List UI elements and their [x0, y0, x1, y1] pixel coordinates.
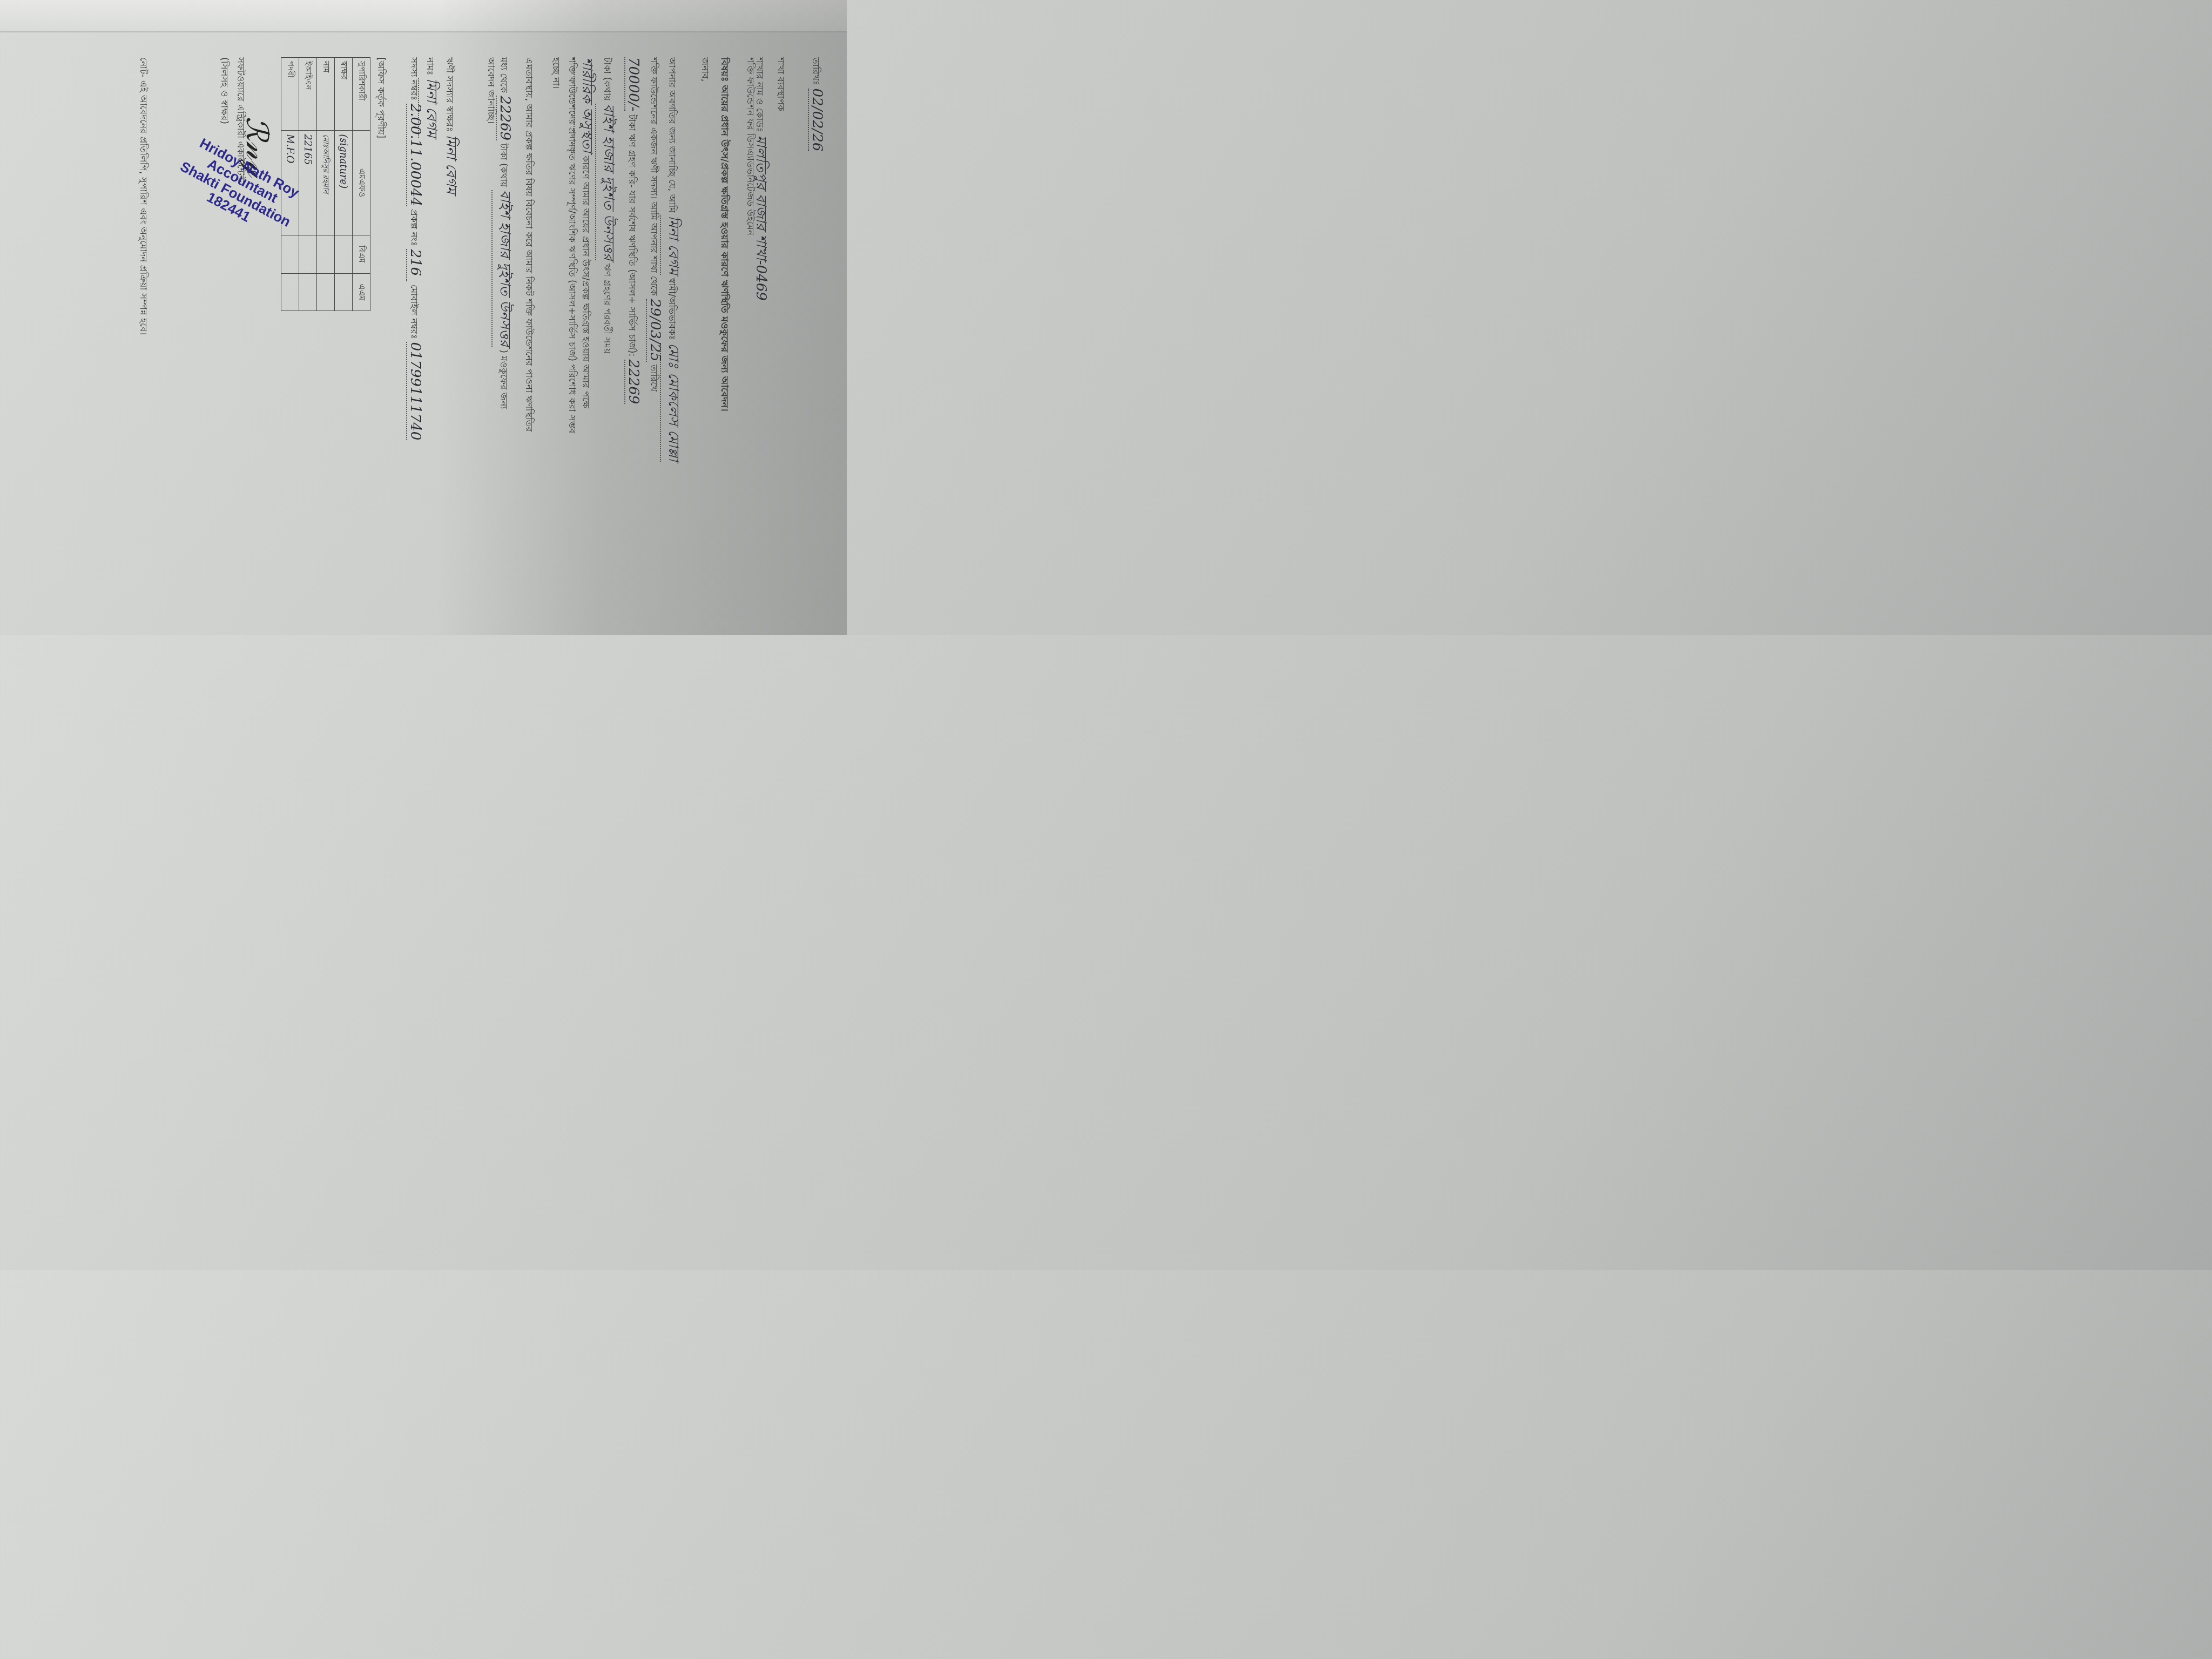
text: তারিখে — [648, 365, 659, 392]
col-header: সুপারিশকারী — [353, 58, 370, 131]
table-row: ইআইএন 22165 — [299, 58, 317, 311]
text: শক্তি ফাউন্ডেশনের একজন ঋণী সদস্য। আমি আপ… — [648, 57, 659, 295]
date-value: 02/02/26 — [808, 89, 825, 152]
text: মধ্য থেকে — [498, 57, 509, 93]
accountant-sublabel: (সিলসহ ও স্বাক্ষর) — [216, 57, 231, 124]
table-row: নাম মোঃআনিসুর রহমান — [317, 58, 335, 311]
text: টাকা (কথায় — [602, 57, 612, 101]
text: ) মওকুফের জন্য — [498, 349, 509, 409]
col-header: বিএম — [353, 235, 370, 273]
row-label: নাম — [317, 58, 335, 131]
para1-line6: শক্তি ফাউন্ডেশনের প্রদানকৃত ঋণের সম্পূর্… — [564, 57, 579, 434]
date-label: তারিখঃ — [810, 57, 821, 85]
date-line: তারিখঃ 02/02/26 — [807, 57, 825, 151]
loan-date: 29/03/25 — [646, 299, 663, 362]
para1-line3: 70000/- টাকা ঋণ গ্রহণ করি- যার সর্বশেষ ঋ… — [624, 57, 642, 404]
cell — [317, 235, 335, 273]
signature-cell: (signature) — [335, 131, 353, 235]
text: ঋণ গ্রহণের পরবর্তী সময় — [602, 264, 612, 354]
table-row: স্বাক্ষর (signature) — [335, 58, 353, 311]
row-label: ইআইএন — [299, 58, 317, 131]
loan-amount: 70000/- — [624, 57, 642, 111]
col-header: এমএফও — [353, 131, 370, 235]
guardian-name: মোঃ মোকলেস মোল্লা — [660, 343, 685, 461]
subject-line: বিষয়ঃ আয়ের প্রধান উৎস/প্রকল্প ক্ষতিগ্র… — [716, 57, 732, 412]
text: নামঃ — [424, 57, 435, 76]
text: কারণে আমার আয়ের প্রধান উৎস/প্রকল্প ক্ষত… — [580, 156, 591, 408]
col-header: এএম — [353, 273, 370, 311]
cell — [281, 273, 299, 311]
para1-line2: শক্তি ফাউন্ডেশনের একজন ঋণী সদস্য। আমি আপ… — [645, 57, 663, 392]
text: স্বামী/অভিভাবকঃ — [666, 278, 677, 340]
row-label: পদবী — [281, 58, 299, 131]
cell: 22165 — [299, 131, 317, 235]
waiver-amount: 22269 — [496, 96, 513, 140]
member-signature: মিনা বেগম — [443, 134, 459, 194]
text: মোবাইল নম্বরঃ — [408, 285, 419, 339]
organization-name: শক্তি ফাউন্ডেশন ফর ডিসএ্যাডভানটেজড উইমেন — [742, 57, 757, 235]
para1-line1: আপনার অবগতির জন্য জানাচ্ছি যে, আমি মিনা … — [660, 57, 685, 462]
text: সদস্য নম্বরঃ — [408, 57, 419, 100]
cell — [281, 235, 299, 273]
cell — [317, 273, 335, 311]
text: টাকা ঋণ গ্রহণ করি- যার সর্বশেষ ঋণস্থিতি … — [626, 114, 637, 356]
text: টাকা (কথায় — [498, 143, 509, 187]
waiver-in-words: বাইশ হাজার দুইশত উনসত্তর — [491, 190, 516, 347]
row-label: স্বাক্ষর — [335, 58, 353, 131]
office-use-label: [অফিস কর্তৃক পূরণীয়] — [373, 57, 388, 138]
cell — [299, 273, 317, 311]
outstanding-balance: 22269 — [624, 360, 642, 404]
balance-in-words: বাইশ হাজার দুইশত উনসত্তর — [595, 104, 620, 260]
para1-line7: হচ্ছে না। — [548, 57, 563, 89]
text: প্রকল্প নংঃ — [408, 209, 419, 246]
salutation: জনাব, — [697, 57, 712, 82]
text: আপনার অবগতির জন্য জানাচ্ছি যে, আমি — [666, 57, 677, 213]
table-header-row: সুপারিশকারী এমএফও বিএম এএম — [353, 58, 370, 311]
application-form: তারিখঃ 02/02/26 শাখা ব্যবস্থাপক শাখার না… — [69, 25, 847, 624]
cell — [335, 273, 353, 311]
member-numbers-line: সদস্য নম্বরঃ 2.00.11.00044 প্রকল্প নংঃ 2… — [406, 57, 423, 440]
cell: মোঃআনিসুর রহমান — [317, 131, 335, 235]
cell — [299, 235, 317, 273]
mobile-number: 01799111740 — [406, 342, 423, 440]
para2-line3: আবেদন জানাচ্ছি। — [483, 57, 498, 124]
text: ঋণী সদস্যার স্বাক্ষরঃ — [444, 57, 455, 132]
para1-line4: টাকা (কথায় বাইশ হাজার দুইশত উনসত্তর ঋণ … — [595, 57, 620, 354]
recipient-title: শাখা ব্যবস্থাপক — [772, 57, 787, 111]
para2-line1: এমতাবস্থায়, আমার প্রকল্প ক্ষতির বিষয় ব… — [521, 57, 536, 432]
project-number: 216 — [406, 249, 423, 281]
cell — [335, 235, 353, 273]
footer-note: নোট- এই আবেদনের প্রতিলিপি, সুপারিশ এবং অ… — [135, 57, 150, 335]
applicant-name: মিনা বেগম — [660, 215, 685, 275]
member-number: 2.00.11.00044 — [406, 104, 423, 206]
